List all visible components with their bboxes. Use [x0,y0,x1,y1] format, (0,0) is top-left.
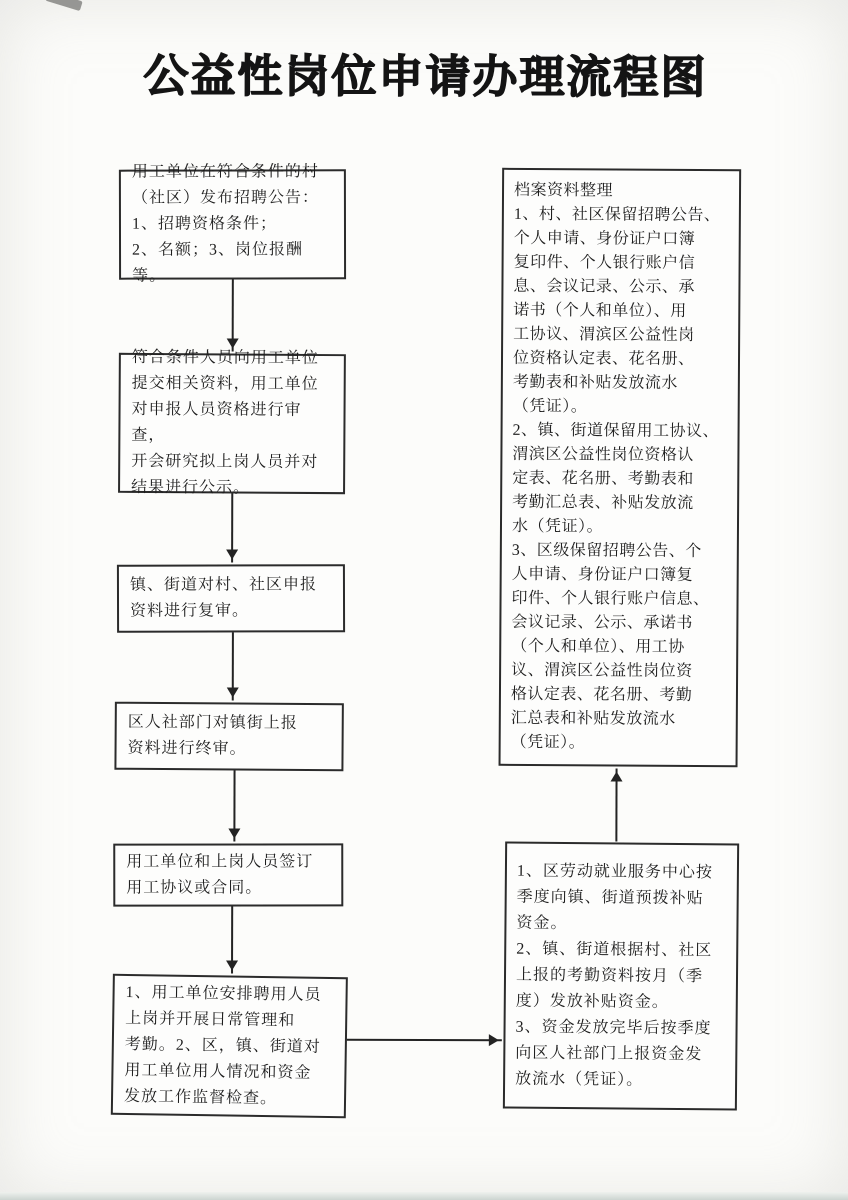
page-title: 公益性岗位申请办理流程图 [1,39,848,106]
flow-box-subsidy-funds-text: 1、区劳动就业服务中心按 季度向镇、街道预拨补贴 资金。 2、镇、街道根据村、社… [515,858,727,1094]
flow-box-town-recheck-text: 镇、街道对村、社区申报 资料进行复审。 [130,572,332,625]
flowchart: 公益性岗位申请办理流程图 用工单位在符合条件的村 （社区）发布招聘公告： 1、招… [0,0,848,1200]
flow-box-subsidy-funds: 1、区劳动就业服务中心按 季度向镇、街道预拨补贴 资金。 2、镇、街道根据村、社… [503,842,739,1111]
flow-box-daily-management-text: 1、用工单位安排聘用人员 上岗并开展日常管理和 考勤。2、区，镇、街道对 用工单… [124,979,335,1112]
flow-box-sign-agreement: 用工单位和上岗人员签订 用工协议或合同。 [113,843,343,906]
flow-box-town-recheck: 镇、街道对村、社区申报 资料进行复审。 [117,564,345,633]
flow-box-application-review-text: 符合条件人员向用工单位 提交相关资料，用工单位 对申报人员资格进行审查， 开会研… [131,345,333,502]
arrow-right-management-to-funds-icon [347,1039,502,1041]
arrow-down-recheck-to-final-icon [232,632,234,700]
arrow-down-agreement-to-management-icon [231,906,233,973]
flow-box-recruitment-notice: 用工单位在符合条件的村 （社区）发布招聘公告： 1、招聘资格条件； 2、名额；3… [119,169,346,279]
arrow-down-review-to-recheck-icon [231,493,233,562]
document-page: 公益性岗位申请办理流程图 用工单位在符合条件的村 （社区）发布招聘公告： 1、招… [0,0,848,1200]
arrow-down-final-to-agreement-icon [233,771,235,842]
flow-box-district-final-review-text: 区人社部门对镇街上报 资料进行终审。 [127,710,330,763]
arrow-down-notice-to-review-icon [232,279,234,351]
photo-bottom-edge-artifact [0,1192,848,1200]
arrow-up-funds-to-archive-icon [615,769,617,842]
flow-box-archive-organization-text: 档案资料整理 1、村、社区保留招聘公告、 个人申请、身份证户口簿 复印件、个人银… [511,179,730,756]
flow-box-recruitment-notice-text: 用工单位在符合条件的村 （社区）发布招聘公告： 1、招聘资格条件； 2、名额；3… [132,159,333,289]
flow-box-application-review: 符合条件人员向用工单位 提交相关资料，用工单位 对申报人员资格进行审查， 开会研… [118,353,346,494]
flow-box-sign-agreement-text: 用工单位和上岗人员签订 用工协议或合同。 [126,849,330,901]
flow-box-archive-organization: 档案资料整理 1、村、社区保留招聘公告、 个人申请、身份证户口簿 复印件、个人银… [499,168,742,767]
flow-box-district-final-review: 区人社部门对镇街上报 资料进行终审。 [114,702,343,772]
flow-box-daily-management: 1、用工单位安排聘用人员 上岗并开展日常管理和 考勤。2、区，镇、街道对 用工单… [111,974,348,1118]
